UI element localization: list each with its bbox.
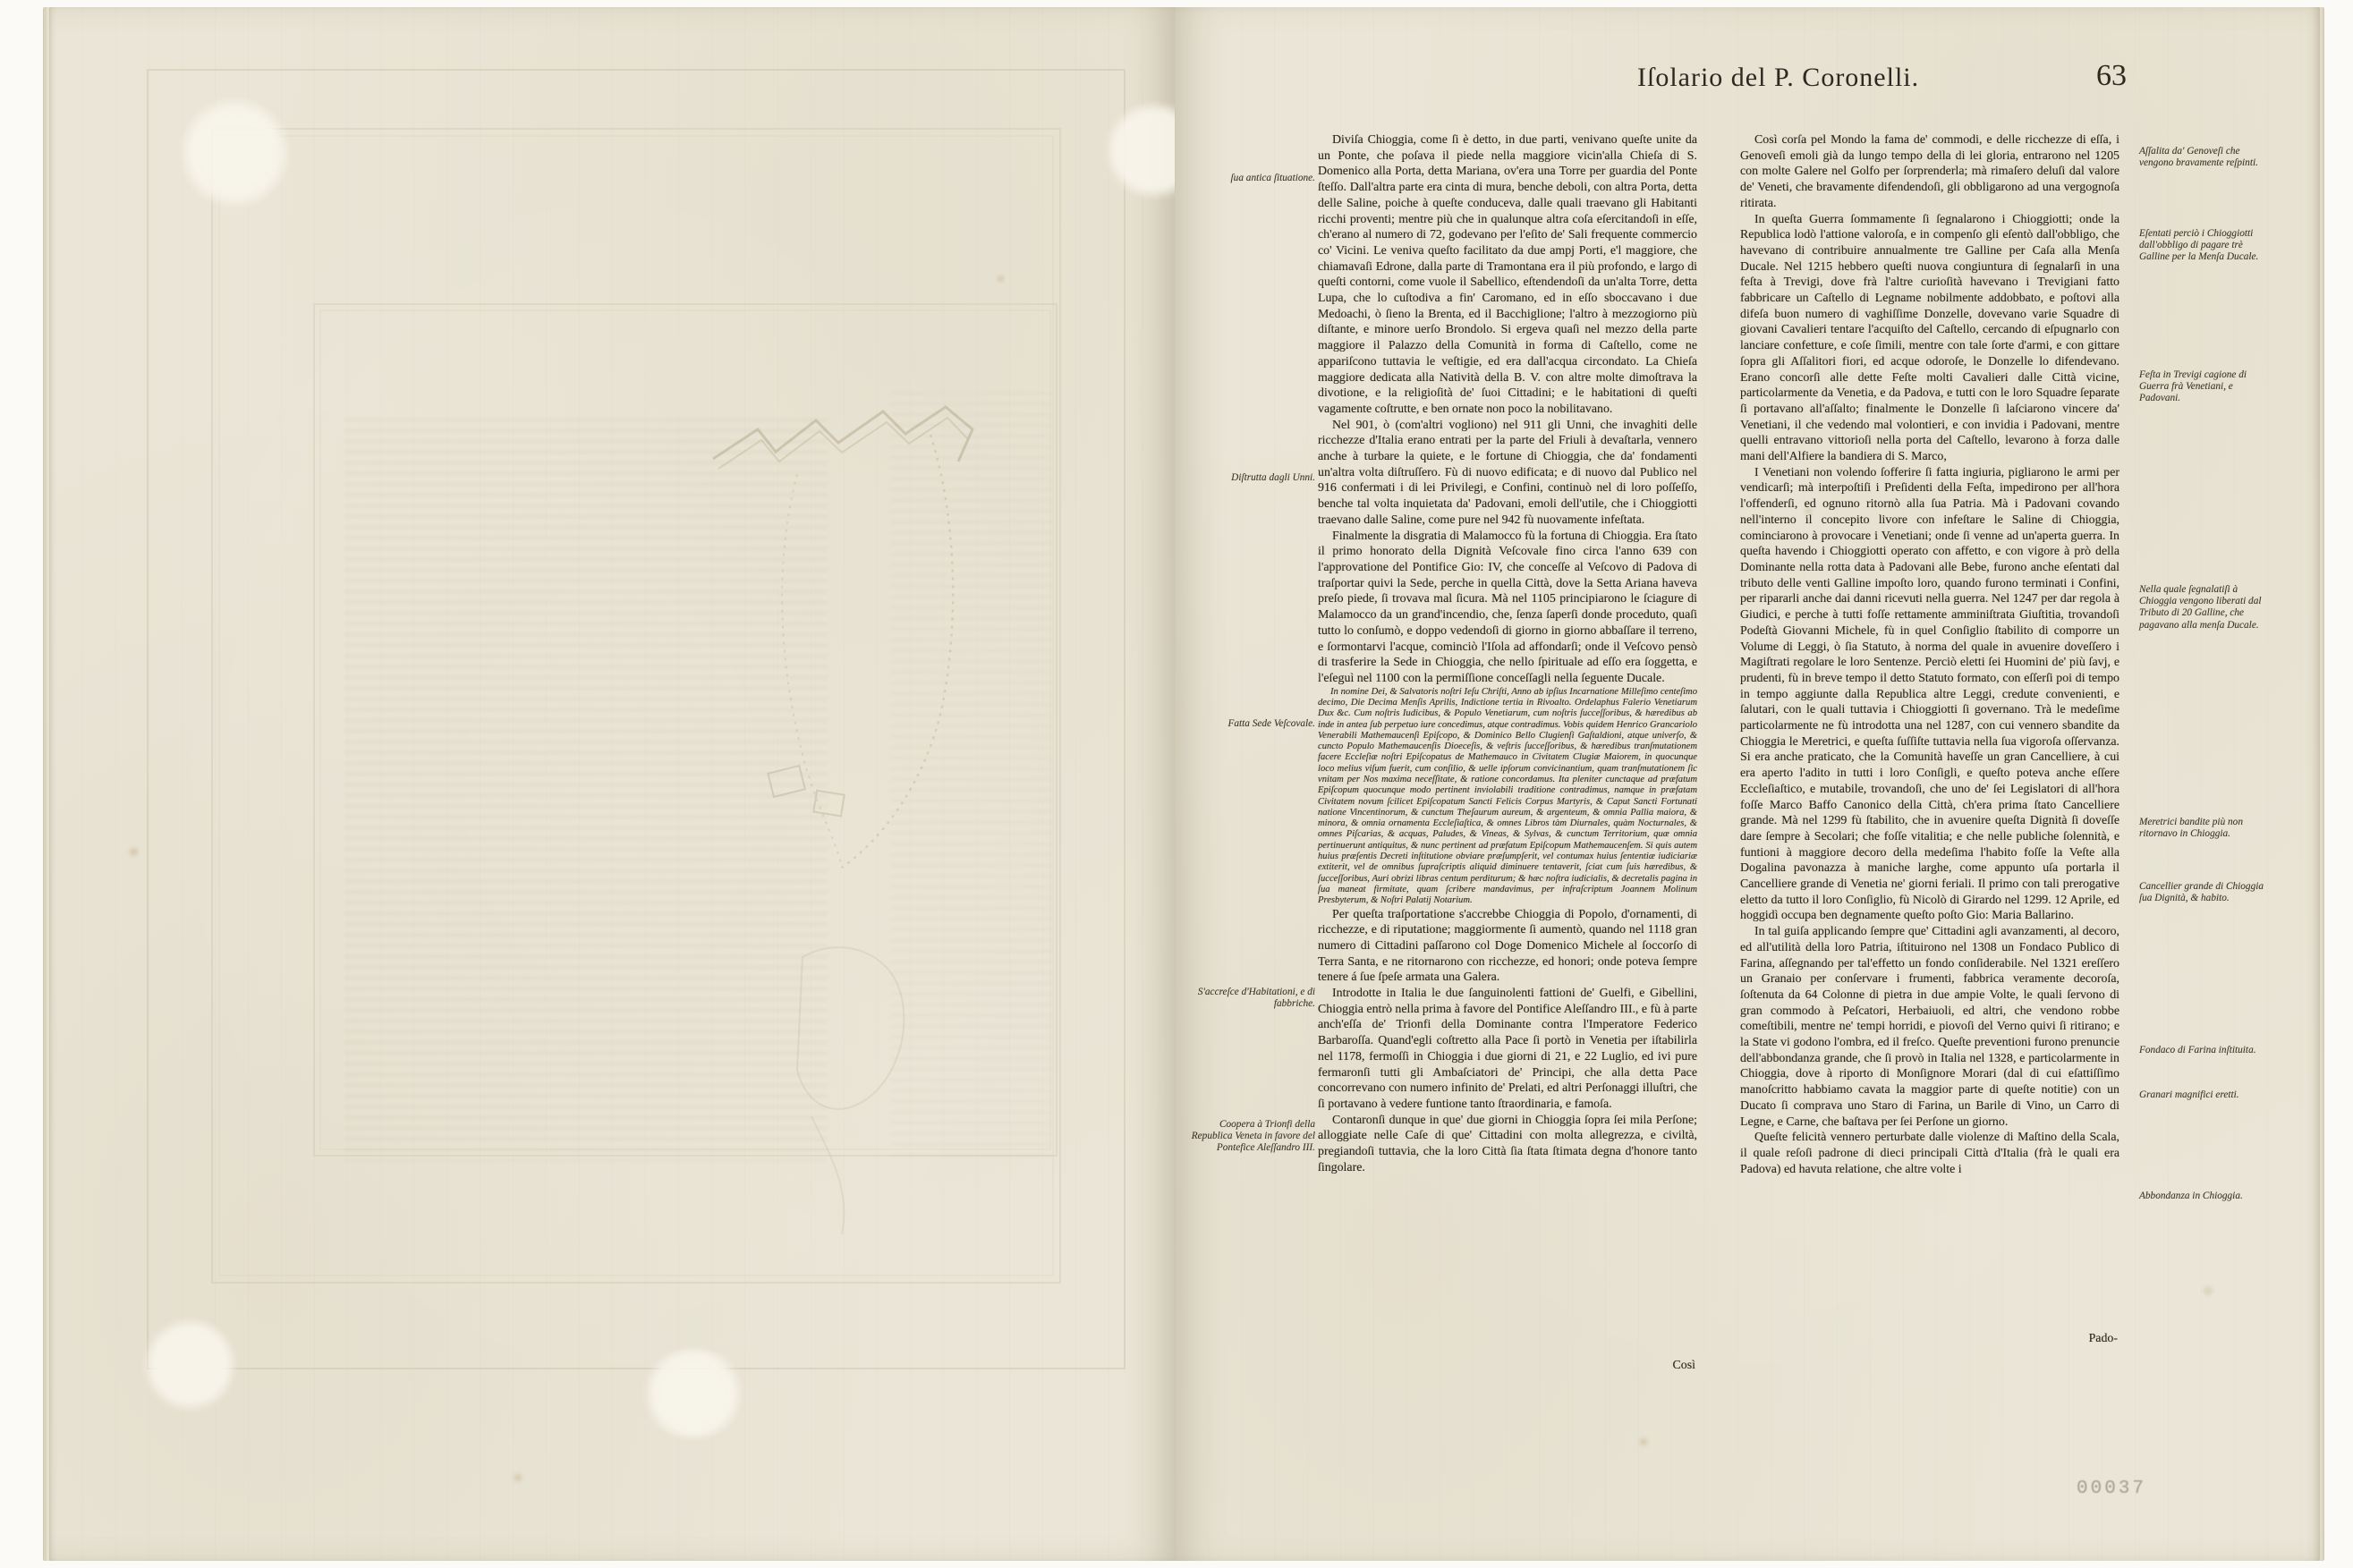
right-page-text-recto: Iſolario del P. Coronelli. 63 Diviſa Chi… <box>1175 7 2320 1561</box>
paragraph: Introdotte in Italia le due ſanguinolent… <box>1318 986 1697 1113</box>
catchword: Pado- <box>2089 1331 2118 1347</box>
paragraph: Diviſa Chioggia, come ſi è detto, in due… <box>1318 132 1697 418</box>
text-column-right: Così corſa pel Mondo la fama de' commodi… <box>1740 132 2119 1333</box>
margin-note: Abbondanza in Chioggia. <box>2139 1191 2266 1202</box>
paragraph: Contaronſi dunque in que' due giorni in … <box>1318 1113 1697 1176</box>
running-header: Iſolario del P. Coronelli. <box>1637 63 1919 93</box>
paragraph: Queſte felicità vennero perturbate dalle… <box>1740 1130 2119 1177</box>
paragraph: Per queſta traſportatione s'accrebbe Chi… <box>1318 907 1697 987</box>
paragraph: I Venetiani non volendo ſofferire ſi fat… <box>1740 465 2119 924</box>
margin-note: Aſſalita da' Genoveſi che vengono bravam… <box>2139 146 2266 169</box>
margin-note: Granari magnifici eretti. <box>2139 1089 2266 1101</box>
text-showthrough-ghost <box>890 392 1051 1161</box>
roundel-ghost <box>640 1349 747 1438</box>
page-number: 63 <box>2096 59 2127 93</box>
ducale-latin-quote: In nomine Dei, & Salvatoris noſtri Ieſu … <box>1318 687 1697 907</box>
paragraph: Nel 901, ò (com'altri vogliono) nel 911 … <box>1318 418 1697 529</box>
margin-note: Nella quale ſegnalatiſi à Chioggia vengo… <box>2139 584 2266 631</box>
paragraph: Finalmente la disgratia di Malamocco fù … <box>1318 529 1697 687</box>
text-showthrough-ghost <box>344 419 828 1161</box>
margin-note: Feſta in Trevigi cagione di Guerra frà V… <box>2139 369 2266 405</box>
margin-note: Eſentati perciò i Chioggiotti dall'obbli… <box>2139 228 2266 264</box>
margin-note: Fatta Sede Veſcovale. <box>1188 718 1315 730</box>
paragraph: Così corſa pel Mondo la fama de' commodi… <box>1740 132 2119 212</box>
margin-note: S'accreſce d'Habitationi, e di fabbriche… <box>1188 987 1315 1010</box>
margin-note: Diſtrutta dagli Unni. <box>1188 472 1315 484</box>
margin-note: Coopera à Trionfi della Republica Veneta… <box>1188 1119 1315 1155</box>
book-spread-scan: Iſolario del P. Coronelli. 63 Diviſa Chi… <box>0 0 2353 1568</box>
roundel-ghost <box>179 97 291 208</box>
margin-note: Fondaco di Farina inſtituita. <box>2139 1045 2266 1056</box>
margin-note: ſua antica ſituatione. <box>1188 173 1315 184</box>
roundel-ghost <box>143 1318 237 1411</box>
paragraph: In tal guiſa applicando ſempre que' Citt… <box>1740 924 2119 1130</box>
catchword: Così <box>1673 1358 1695 1374</box>
left-page-blank-verso <box>49 7 1175 1561</box>
paragraph: In queſta Guerra ſommamente ſi ſegnalaro… <box>1740 212 2119 465</box>
text-column-left: Diviſa Chioggia, come ſi è detto, in due… <box>1318 132 1697 1360</box>
margin-note: Meretrici bandite più non ritornavo in C… <box>2139 817 2266 840</box>
margin-note: Cancellier grande di Chioggia ſua Dignit… <box>2139 881 2266 904</box>
inventory-stamp: 00037 <box>2077 1479 2146 1499</box>
